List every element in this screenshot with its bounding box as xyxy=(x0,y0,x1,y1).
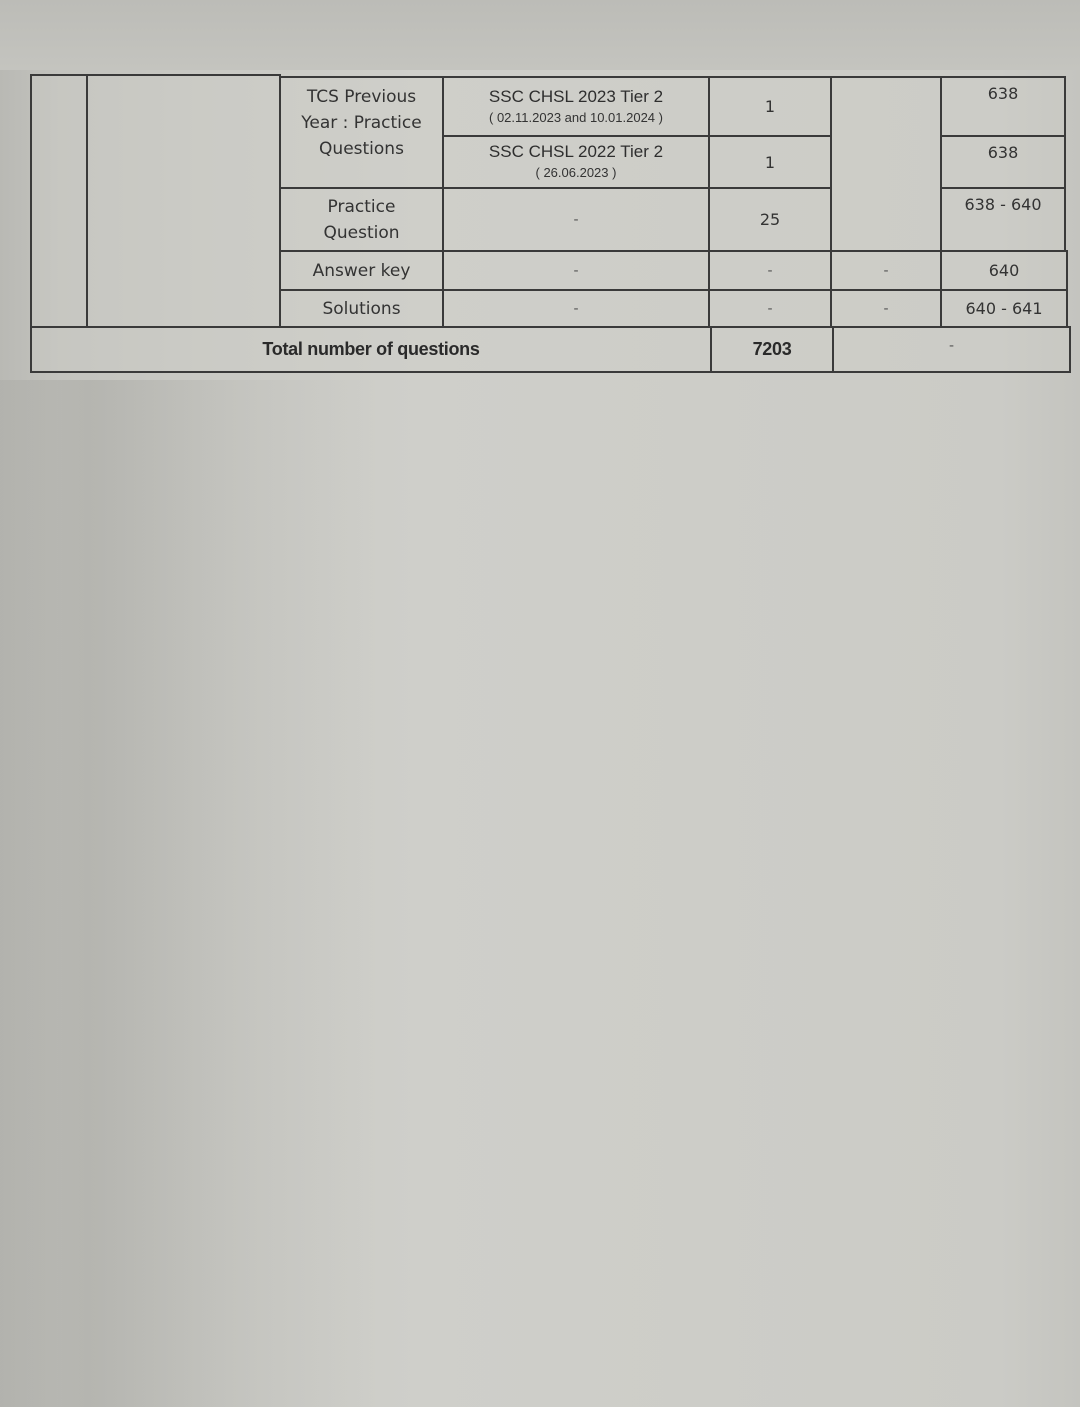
exam-name: - xyxy=(573,263,578,279)
table-row-exam-cell: - xyxy=(442,289,710,328)
exam-name: - xyxy=(573,212,578,228)
page-range: 638 - 640 xyxy=(964,195,1041,214)
total-pages: - xyxy=(949,338,954,354)
extra-value: - xyxy=(883,263,888,279)
question-count: - xyxy=(767,301,772,317)
serial-number-cell xyxy=(30,74,88,328)
table-row-count-cell: - xyxy=(708,289,832,328)
table-row-pages-cell: 640 xyxy=(940,250,1068,291)
total-pages-cell: - xyxy=(832,326,1071,373)
page-shadow xyxy=(0,380,1080,1407)
category-tcs-line-2: Year : Practice xyxy=(301,110,421,136)
exam-date: ( 02.11.2023 and 10.01.2024 ) xyxy=(489,108,663,128)
extra-value: - xyxy=(883,301,888,317)
category-practice-line-2: Question xyxy=(323,220,399,246)
table-row-count-cell: 25 xyxy=(708,187,832,252)
exam-name: SSC CHSL 2023 Tier 2 xyxy=(489,86,663,108)
table-row-extra-cell: - xyxy=(830,289,942,328)
total-count-cell: 7203 xyxy=(710,326,834,373)
category-tcs-line-1: TCS Previous xyxy=(307,84,416,110)
exam-name: - xyxy=(573,301,578,317)
question-count: 1 xyxy=(765,153,775,172)
table-row-pages-cell: 638 - 640 xyxy=(940,187,1066,252)
table-row-count-cell: 1 xyxy=(708,76,832,137)
total-label: Total number of questions xyxy=(262,339,479,360)
category-solutions: Solutions xyxy=(322,296,400,322)
question-count: 25 xyxy=(760,210,780,229)
chapter-cell xyxy=(86,74,281,328)
total-count: 7203 xyxy=(753,339,792,360)
category-answer-key-cell: Answer key xyxy=(279,250,444,291)
page-range: 638 xyxy=(988,84,1019,103)
category-solutions-cell: Solutions xyxy=(279,289,444,328)
table-row-exam-cell: SSC CHSL 2022 Tier 2 ( 26.06.2023 ) xyxy=(442,135,710,189)
category-tcs-cell: TCS Previous Year : Practice Questions xyxy=(279,76,444,189)
table-row-count-cell: - xyxy=(708,250,832,291)
category-answer-key: Answer key xyxy=(313,258,411,284)
table-row-pages-cell: 638 xyxy=(940,135,1066,189)
table-row-pages-cell: 640 - 641 xyxy=(940,289,1068,328)
total-label-cell: Total number of questions xyxy=(30,326,712,373)
extra-column-cell xyxy=(830,76,942,252)
page-range: 640 - 641 xyxy=(965,299,1042,318)
exam-name: SSC CHSL 2022 Tier 2 xyxy=(489,141,663,163)
table-row-exam-cell: SSC CHSL 2023 Tier 2 ( 02.11.2023 and 10… xyxy=(442,76,710,137)
paper-background-top xyxy=(0,0,1080,70)
category-practice-line-1: Practice xyxy=(328,194,396,220)
category-tcs-line-3: Questions xyxy=(319,136,404,162)
question-count: 1 xyxy=(765,97,775,116)
table-row-exam-cell: - xyxy=(442,250,710,291)
table-row-pages-cell: 638 xyxy=(940,76,1066,137)
exam-date: ( 26.06.2023 ) xyxy=(536,163,617,183)
table-row-exam-cell: - xyxy=(442,187,710,252)
category-practice-cell: Practice Question xyxy=(279,187,444,252)
table-row-count-cell: 1 xyxy=(708,135,832,189)
page-range: 638 xyxy=(988,143,1019,162)
table-row-extra-cell: - xyxy=(830,250,942,291)
question-count: - xyxy=(767,263,772,279)
page-range: 640 xyxy=(989,261,1020,280)
